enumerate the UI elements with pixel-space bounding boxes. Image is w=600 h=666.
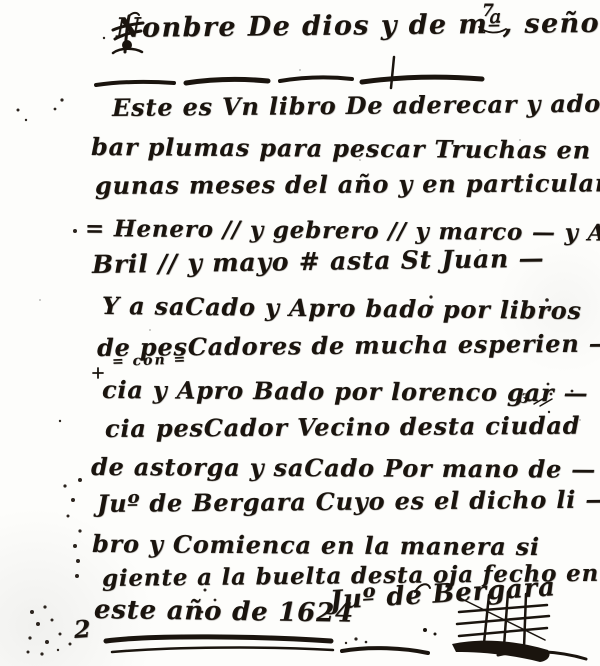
manuscript-line: Y a saCado y Apro bado por libros (102, 294, 582, 323)
manuscript-page: 7 Nonbre De dios y de mª, señora Este es… (0, 0, 600, 666)
manuscript-line: Este es Vn libro De aderecar y ado (112, 92, 600, 120)
manuscript-line: cia pesCador Vecino desta ciudad (105, 414, 580, 441)
signature-underline (342, 648, 586, 659)
manuscript-line: bar plumas para pescar Truchas en al (91, 135, 600, 163)
manuscript-line: = Henero // y gebrero // y marco — y A. (85, 217, 600, 245)
manuscript-line: cia y Apro Bado por lorenco gar — (102, 378, 588, 405)
manuscript-line: bro y Comienca en la manera si (92, 532, 540, 559)
bottom-rule (106, 637, 333, 652)
date-line: este año de 1624 (94, 597, 354, 627)
manuscript-line: de astorga y saCado Por mano de — (91, 455, 596, 482)
page-mark: 2 (73, 617, 92, 642)
heading-line: Nonbre De dios y de mª, señora (116, 10, 600, 42)
heading-underline (96, 57, 482, 88)
manuscript-line: Bril // y mayo # asta St Juan — (92, 246, 545, 277)
manuscript-line: Juº de Bergara Cuyo es el dicho li — (97, 488, 600, 516)
interlinear-insertion: = con = (112, 352, 188, 369)
manuscript-line: gunas meses del año y en particular . (95, 171, 600, 198)
